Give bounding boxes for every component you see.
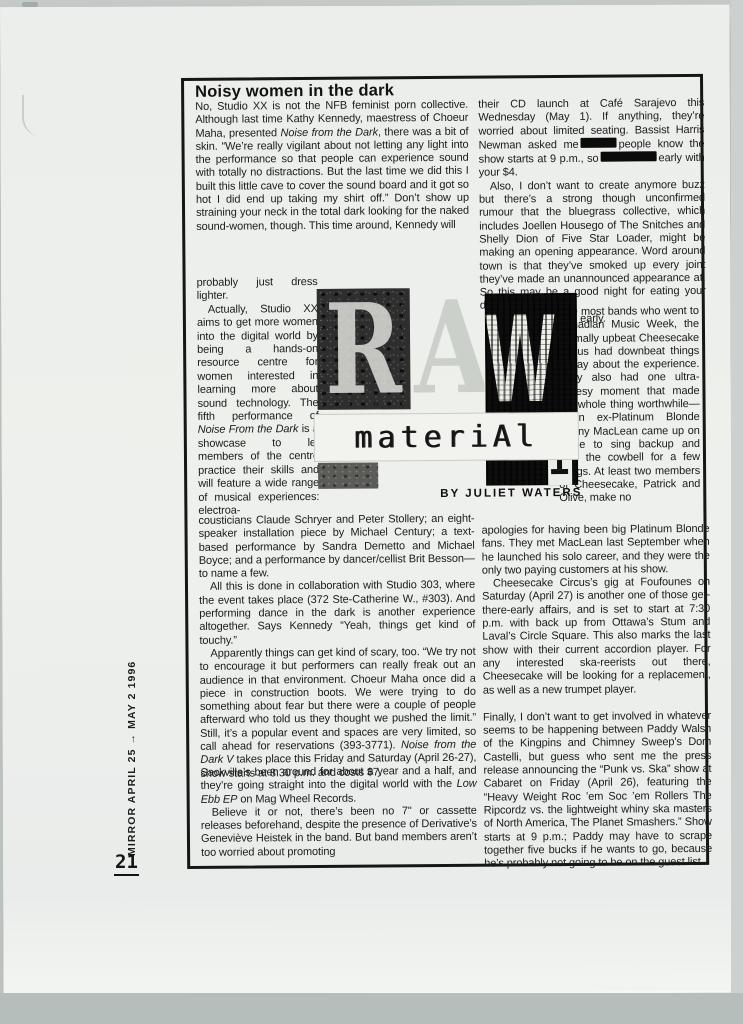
right-narrow-column: Like most bands who went to Canadian Mus… — [558, 305, 701, 506]
paragraph-tail: probably just dress lighter. — [197, 276, 318, 304]
paragraph: Cheesecake Circus’s gig at Foufounes on … — [482, 576, 711, 697]
logo-word-material: materiAl — [354, 419, 539, 455]
logo-word-band: materiAl — [315, 413, 578, 461]
scan-smudge — [22, 2, 38, 7]
left-paragraph-1: No, Studio XX is not the NFB feminist po… — [195, 99, 469, 234]
logo-texture-chip — [318, 462, 378, 488]
redaction-mark — [580, 137, 616, 147]
right-paragraph-group-bottom: apologies for having been big Platinum B… — [482, 523, 713, 871]
byline: BY JULIET WATERS — [440, 487, 582, 500]
paragraph: Like most bands who went to Canadian Mus… — [558, 305, 701, 506]
italic-title: Noise From the Dark — [198, 424, 299, 437]
logo-letter-r: R — [325, 288, 403, 410]
right-paragraph-group-top: their CD launch at Café Sarajevo this We… — [478, 97, 706, 327]
spine-text: MIRROR APRIL 25 → MAY 2 1996 — [126, 661, 138, 856]
paragraph: Believe it or not, there’s been no 7" or… — [201, 805, 477, 860]
page-number: 21 — [114, 851, 139, 876]
logo-letter-a-faint: A — [412, 284, 485, 415]
paragraph: Finally, I don’t want to get involved in… — [483, 710, 712, 871]
article-border-box: Noisy women in the dark No, Studio XX is… — [181, 74, 709, 869]
scanned-magazine-page: MIRROR APRIL 25 → MAY 2 1996 21 Noisy wo… — [0, 0, 743, 1024]
left-paragraph-group: cousticians Claude Schryer and Peter Sto… — [198, 513, 476, 781]
logo-letter-a: A — [414, 284, 485, 415]
left-narrow-column: probably just dress lighter. Actually, S… — [197, 276, 320, 518]
paragraph: apologies for having been big Platinum B… — [482, 523, 710, 578]
italic-title: Noise from the Dark — [280, 126, 378, 139]
scanner-bed-right — [731, 0, 743, 1024]
scanner-bed-bottom — [0, 993, 743, 1024]
redaction-mark — [600, 151, 656, 161]
paragraph: All this is done in collaboration with S… — [199, 579, 476, 648]
left-bottom-section: Sackville’s been around for about a year… — [200, 765, 477, 860]
paragraph: cousticians Claude Schryer and Peter Sto… — [198, 513, 475, 582]
logo-block-r: R — [317, 288, 411, 410]
glass-base-shape — [551, 469, 568, 474]
